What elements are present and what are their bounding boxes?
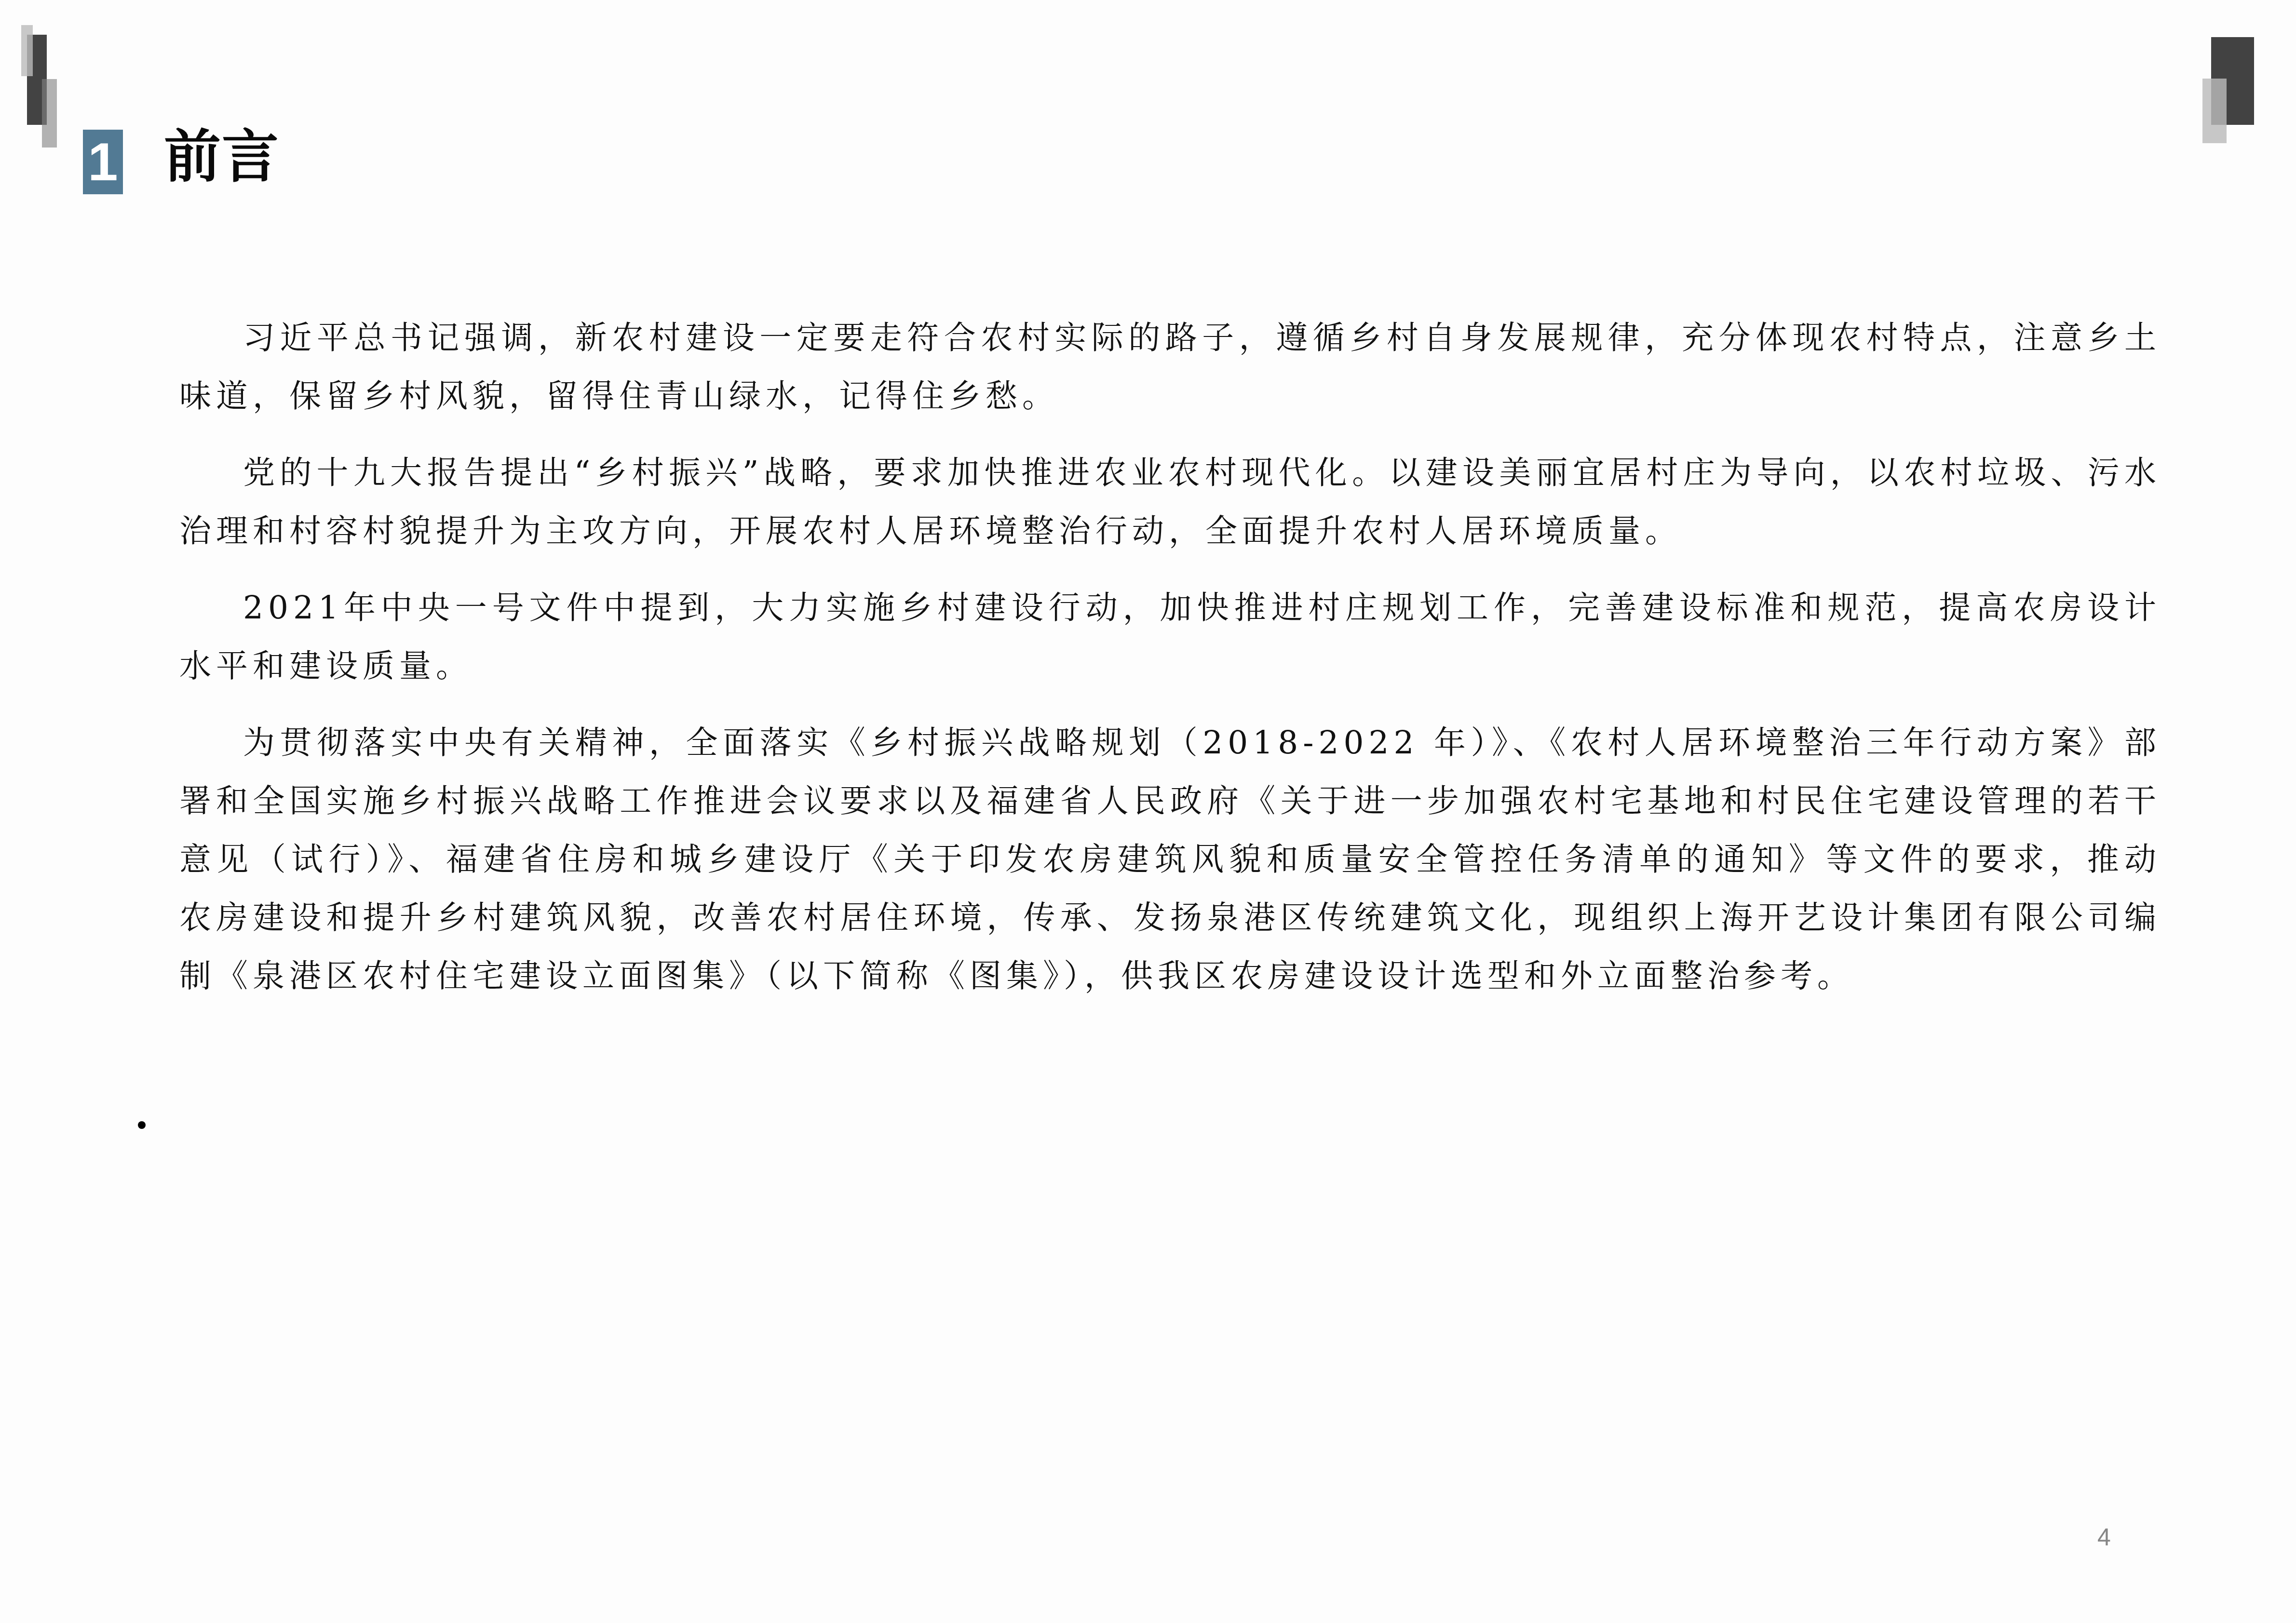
- decorative-block-right-overlap: [2211, 79, 2227, 125]
- page-number: 4: [2097, 1523, 2111, 1551]
- paragraph-4: 为贯彻落实中央有关精神，全面落实《乡村振兴战略规划（2018-2022 年）》、…: [179, 713, 2161, 1005]
- decorative-block-left-overlap: [27, 35, 33, 76]
- paragraph-3: 2021年中央一号文件中提到，大力实施乡村建设行动，加快推进村庄规划工作，完善建…: [179, 578, 2161, 695]
- paragraph-2: 党的十九大报告提出“乡村振兴”战略，要求加快推进农业农村现代化。以建设美丽宜居村…: [179, 443, 2161, 560]
- decorative-block-left-mid-overlap: [42, 79, 47, 125]
- paragraph-1: 习近平总书记强调，新农村建设一定要走符合农村实际的路子，遵循乡村自身发展规律，充…: [179, 309, 2161, 425]
- bullet-dot-icon: [138, 1121, 146, 1129]
- section-number-badge: 1: [83, 130, 123, 194]
- preface-body: 习近平总书记强调，新农村建设一定要走符合农村实际的路子，遵循乡村自身发展规律，充…: [179, 309, 2161, 1023]
- section-title: 前言: [164, 121, 280, 193]
